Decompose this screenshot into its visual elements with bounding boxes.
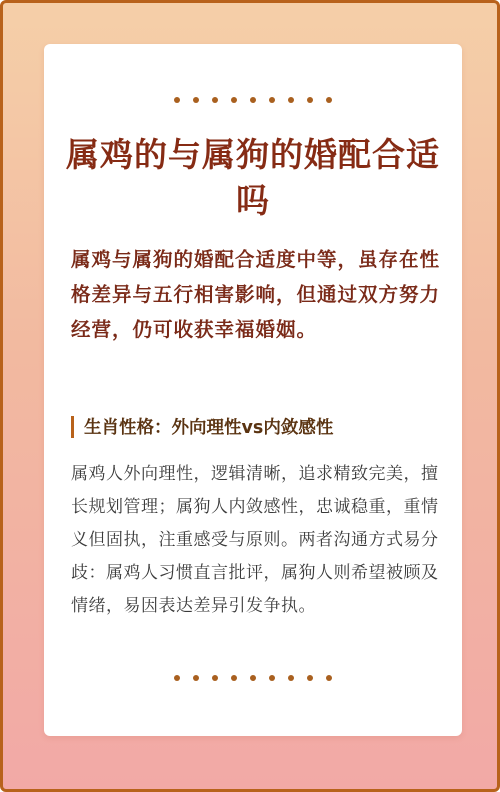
top-dot-divider <box>44 97 462 103</box>
section-accent-bar <box>71 416 74 438</box>
article-card: 属鸡的与属狗的婚配合适吗 属鸡与属狗的婚配合适度中等，虽存在性格差异与五行相害影… <box>44 44 462 736</box>
bottom-dot-divider <box>44 675 462 681</box>
article-summary: 属鸡与属狗的婚配合适度中等，虽存在性格差异与五行相害影响，但通过双方努力经营，仍… <box>71 242 440 347</box>
section-heading-text: 生肖性格：外向理性vs内敛感性 <box>84 414 333 439</box>
page-frame: 属鸡的与属狗的婚配合适吗 属鸡与属狗的婚配合适度中等，虽存在性格差异与五行相害影… <box>0 0 500 792</box>
article-title: 属鸡的与属狗的婚配合适吗 <box>64 132 442 224</box>
section-body: 属鸡人外向理性，逻辑清晰，追求精致完美，擅长规划管理；属狗人内敛感性，忠诚稳重，… <box>71 458 442 623</box>
section-heading: 生肖性格：外向理性vs内敛感性 <box>71 414 333 439</box>
